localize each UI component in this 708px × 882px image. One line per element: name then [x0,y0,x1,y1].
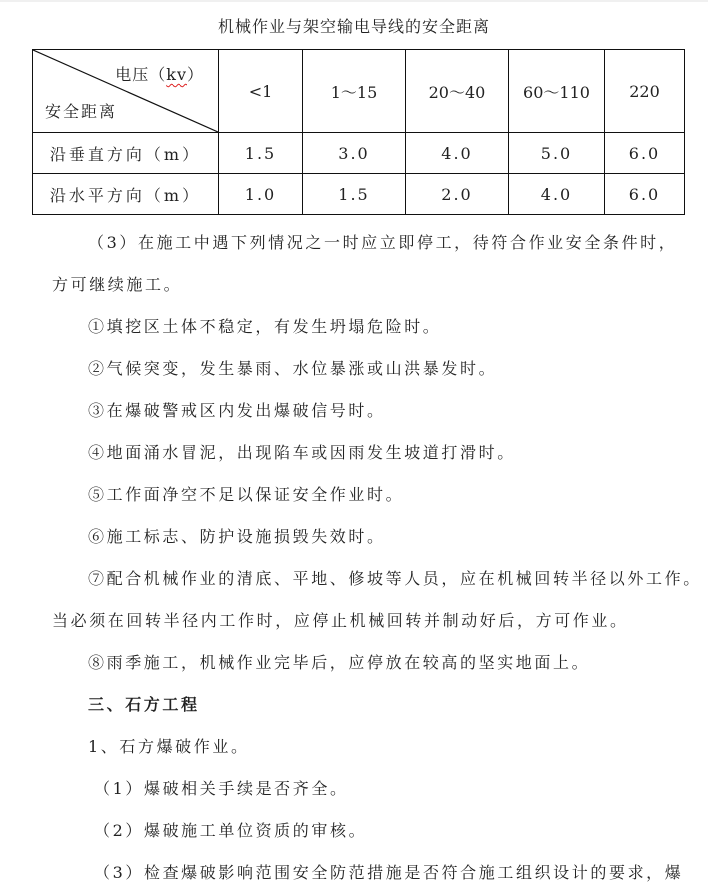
table-row: 沿垂直方向（m） 1.5 3.0 4.0 5.0 6.0 [33,133,685,174]
paragraph-stop-work-conditions: （3）在施工中遇下列情况之一时应立即停工，待符合作业安全条件时， [88,230,677,253]
voltage-unit: kv [166,65,187,84]
table-cell: 2.0 [406,174,509,215]
table-cell: 1.5 [219,133,303,174]
table-cell: 4.0 [406,133,509,174]
list-item: ③在爆破警戒区内发出爆破信号时。 [88,398,386,421]
column-header: 220 [605,50,685,133]
table-cell: 1.0 [219,174,303,215]
list-item: ①填挖区土体不稳定，有发生坍塌危险时。 [88,314,441,337]
table-row: 沿水平方向（m） 1.0 1.5 2.0 4.0 6.0 [33,174,685,215]
column-header: 60～110 [509,50,605,133]
list-item: ⑦配合机械作业的清底、平地、修坡等人员，应在机械回转半径以外工作。 [88,566,702,589]
list-item: （1）爆破相关手续是否齐全。 [94,776,349,799]
table-title: 机械作业与架空输电导线的安全距离 [0,14,708,37]
section-heading: 三、石方工程 [88,692,200,715]
table-cell: 5.0 [509,133,605,174]
page-top-edge [0,0,708,2]
paragraph-continuation: 方可继续施工。 [52,272,182,295]
row-label: 沿水平方向（m） [33,174,219,215]
list-item: （2）爆破施工单位资质的审核。 [94,818,367,841]
subsection-heading: 1、石方爆破作业。 [88,734,250,757]
column-header: 20～40 [406,50,509,133]
paragraph-continuation: 当必须在回转半径内工作时，应停止机械回转并制动好后，方可作业。 [52,608,629,631]
column-header: 1～15 [303,50,406,133]
table-cell: 1.5 [303,174,406,215]
voltage-header-label: 电压（kv） [115,62,204,85]
table-cell: 6.0 [605,174,685,215]
table-cell: 3.0 [303,133,406,174]
table-cell: 4.0 [509,174,605,215]
list-item: ④地面涌水冒泥，出现陷车或因雨发生坡道打滑时。 [88,440,516,463]
table-corner-cell: 电压（kv） 安全距离 [33,50,219,133]
list-item: ⑥施工标志、防护设施损毁失效时。 [88,524,386,547]
list-item: （3）检查爆破影响范围安全防范措施是否符合施工组织设计的要求，爆 [94,860,683,882]
list-item: ⑤工作面净空不足以保证安全作业时。 [88,482,404,505]
table-header-row: 电压（kv） 安全距离 <1 1～15 20～40 60～110 220 [33,50,685,133]
safety-distance-header-label: 安全距离 [45,99,117,122]
list-item: ⑧雨季施工，机械作业完毕后，应停放在较高的坚实地面上。 [88,650,590,673]
list-item: ②气候突变，发生暴雨、水位暴涨或山洪暴发时。 [88,356,497,379]
row-label: 沿垂直方向（m） [33,133,219,174]
safety-distance-table: 电压（kv） 安全距离 <1 1～15 20～40 60～110 220 沿垂直… [32,49,685,215]
table-cell: 6.0 [605,133,685,174]
column-header: <1 [219,50,303,133]
